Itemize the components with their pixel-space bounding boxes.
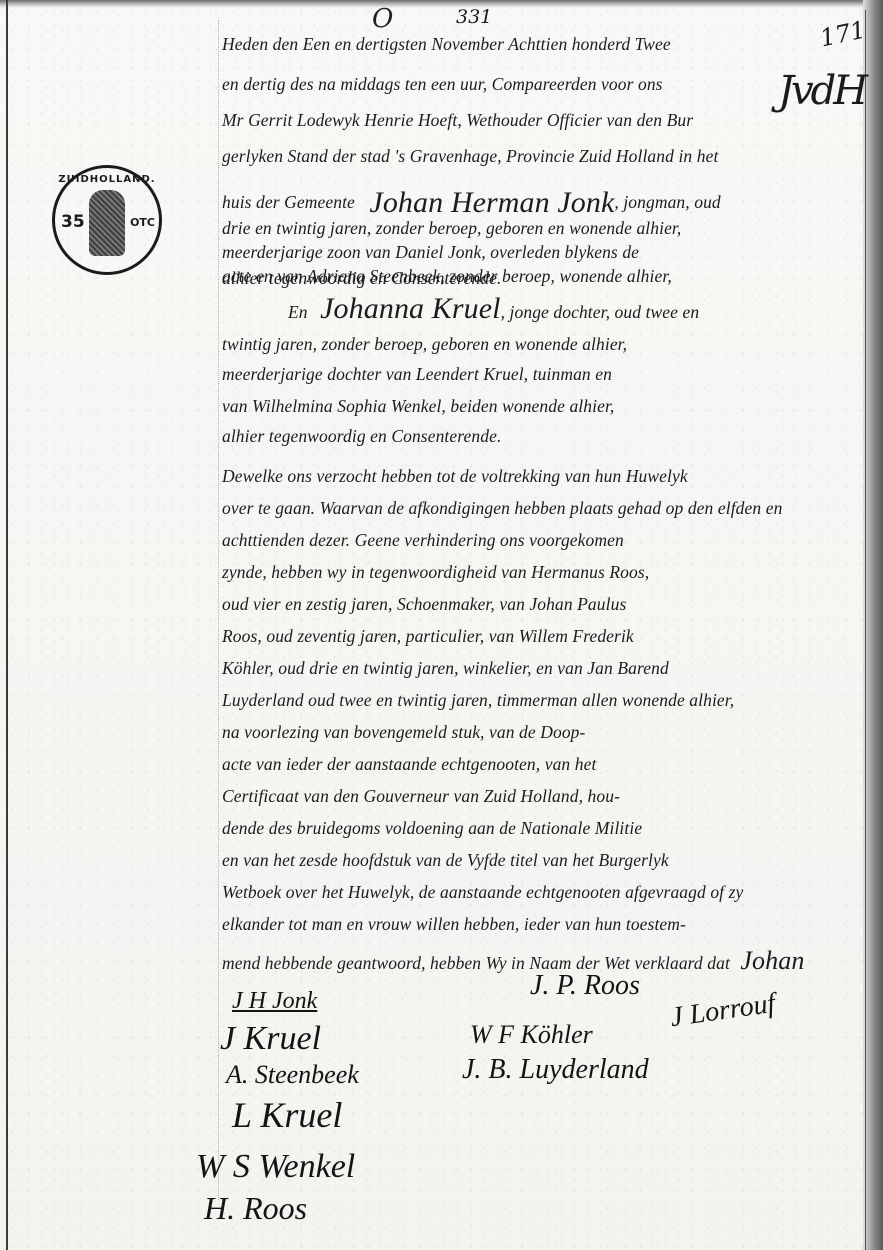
body-line: Köhler, oud drie en twintig jaren, winke… — [222, 658, 669, 679]
signature-groom: J H Jonk — [232, 988, 317, 1015]
bride-name: Johanna Kruel — [320, 292, 500, 325]
body-line: Dewelke ons verzocht hebben tot de voltr… — [222, 466, 688, 487]
body-line: twintig jaren, zonder beroep, geboren en… — [222, 334, 627, 355]
signature-officer: J Lorrouf — [668, 988, 777, 1034]
body-line: acte van ieder der aanstaande echtgenoot… — [222, 754, 596, 775]
body-line: en dertig des na middags ten een uur, Co… — [222, 74, 663, 95]
page-right-edge-shadow — [863, 0, 883, 1250]
body-line: alhier tegenwoordig en Consenterende. — [222, 268, 501, 289]
body-line: Luyderland oud twee en twintig jaren, ti… — [222, 690, 734, 711]
stamp-unit: OTC — [130, 216, 155, 229]
body-line: alhier tegenwoordig en Consenterende. — [222, 426, 501, 447]
groom-name-first: Johan — [740, 946, 804, 975]
body-line: En Johanna Kruel, jonge dochter, oud twe… — [288, 292, 699, 326]
signature-witness-luyderland: J. B. Luyderland — [462, 1054, 649, 1086]
marginal-paraph: JvdH — [778, 68, 865, 114]
margin-rule — [218, 20, 219, 1200]
top-mark: O — [372, 4, 393, 34]
body-line: Certificaat van den Gouverneur van Zuid … — [222, 786, 620, 807]
body-line: Heden den Een en dertigsten November Ach… — [222, 34, 671, 55]
signature-witness-roos-h: H. Roos — [204, 1190, 307, 1227]
document-page: ZUIDHOLLAND. 35 OTC O 331 171 JvdH Heden… — [0, 0, 883, 1250]
tax-stamp: ZUIDHOLLAND. 35 OTC — [52, 165, 162, 275]
body-line: over te gaan. Waarvan de afkondigingen h… — [222, 498, 782, 519]
body-line: meerderjarige zoon van Daniel Jonk, over… — [222, 242, 639, 263]
text-fragment: En — [288, 302, 308, 322]
body-line: drie en twintig jaren, zonder beroep, ge… — [222, 218, 681, 239]
right-border-rule — [865, 10, 866, 1250]
body-line: huis der Gemeente Johan Herman Jonk, jon… — [222, 182, 721, 216]
signature-witness-roos-jp: J. P. Roos — [530, 970, 640, 1002]
signature-bride-father: L Kruel — [232, 1094, 342, 1136]
text-fragment: mend hebbende geantwoord, hebben Wy in N… — [222, 953, 730, 973]
text-fragment: huis der Gemeente — [222, 192, 355, 212]
text-fragment: , jonge dochter, oud twee en — [501, 302, 700, 322]
body-line: na voorlezing van bovengemeld stuk, van … — [222, 722, 585, 743]
body-line: mend hebbende geantwoord, hebben Wy in N… — [222, 946, 804, 976]
body-line: van Wilhelmina Sophia Wenkel, beiden won… — [222, 396, 614, 417]
body-line: Roos, oud zeventig jaren, particulier, v… — [222, 626, 634, 647]
body-line: Wetboek over het Huwelyk, de aanstaande … — [222, 882, 743, 903]
groom-name: Johan Herman Jonk — [369, 186, 614, 219]
page-number-right: 171 — [818, 16, 869, 53]
binding-line — [6, 0, 8, 1250]
signature-bride: J Kruel — [220, 1020, 321, 1058]
body-line: Mr Gerrit Lodewyk Henrie Hoeft, Wethoude… — [222, 110, 693, 131]
page-top-edge — [0, 0, 883, 8]
crowned-shield-icon — [89, 190, 125, 256]
signature-groom-mother: A. Steenbeek — [226, 1060, 359, 1090]
signature-witness-kohler: W F Köhler — [470, 1020, 593, 1050]
signature-bride-mother: W S Wenkel — [196, 1148, 355, 1186]
body-line: zynde, hebben wy in tegenwoordigheid van… — [222, 562, 649, 583]
body-line: achttienden dezer. Geene verhindering on… — [222, 530, 624, 551]
body-line: en van het zesde hoofdstuk van de Vyfde … — [222, 850, 669, 871]
body-line: gerlyken Stand der stad 's Gravenhage, P… — [222, 146, 718, 167]
text-fragment: , jongman, oud — [614, 192, 720, 212]
body-line: oud vier en zestig jaren, Schoenmaker, v… — [222, 594, 626, 615]
page-number-center: 331 — [456, 6, 492, 28]
body-line: dende des bruidegoms voldoening aan de N… — [222, 818, 642, 839]
stamp-value: 35 — [61, 212, 85, 232]
body-line: elkander tot man en vrouw willen hebben,… — [222, 914, 686, 935]
body-line: meerderjarige dochter van Leendert Kruel… — [222, 364, 612, 385]
stamp-province-text: ZUIDHOLLAND. — [55, 174, 159, 185]
